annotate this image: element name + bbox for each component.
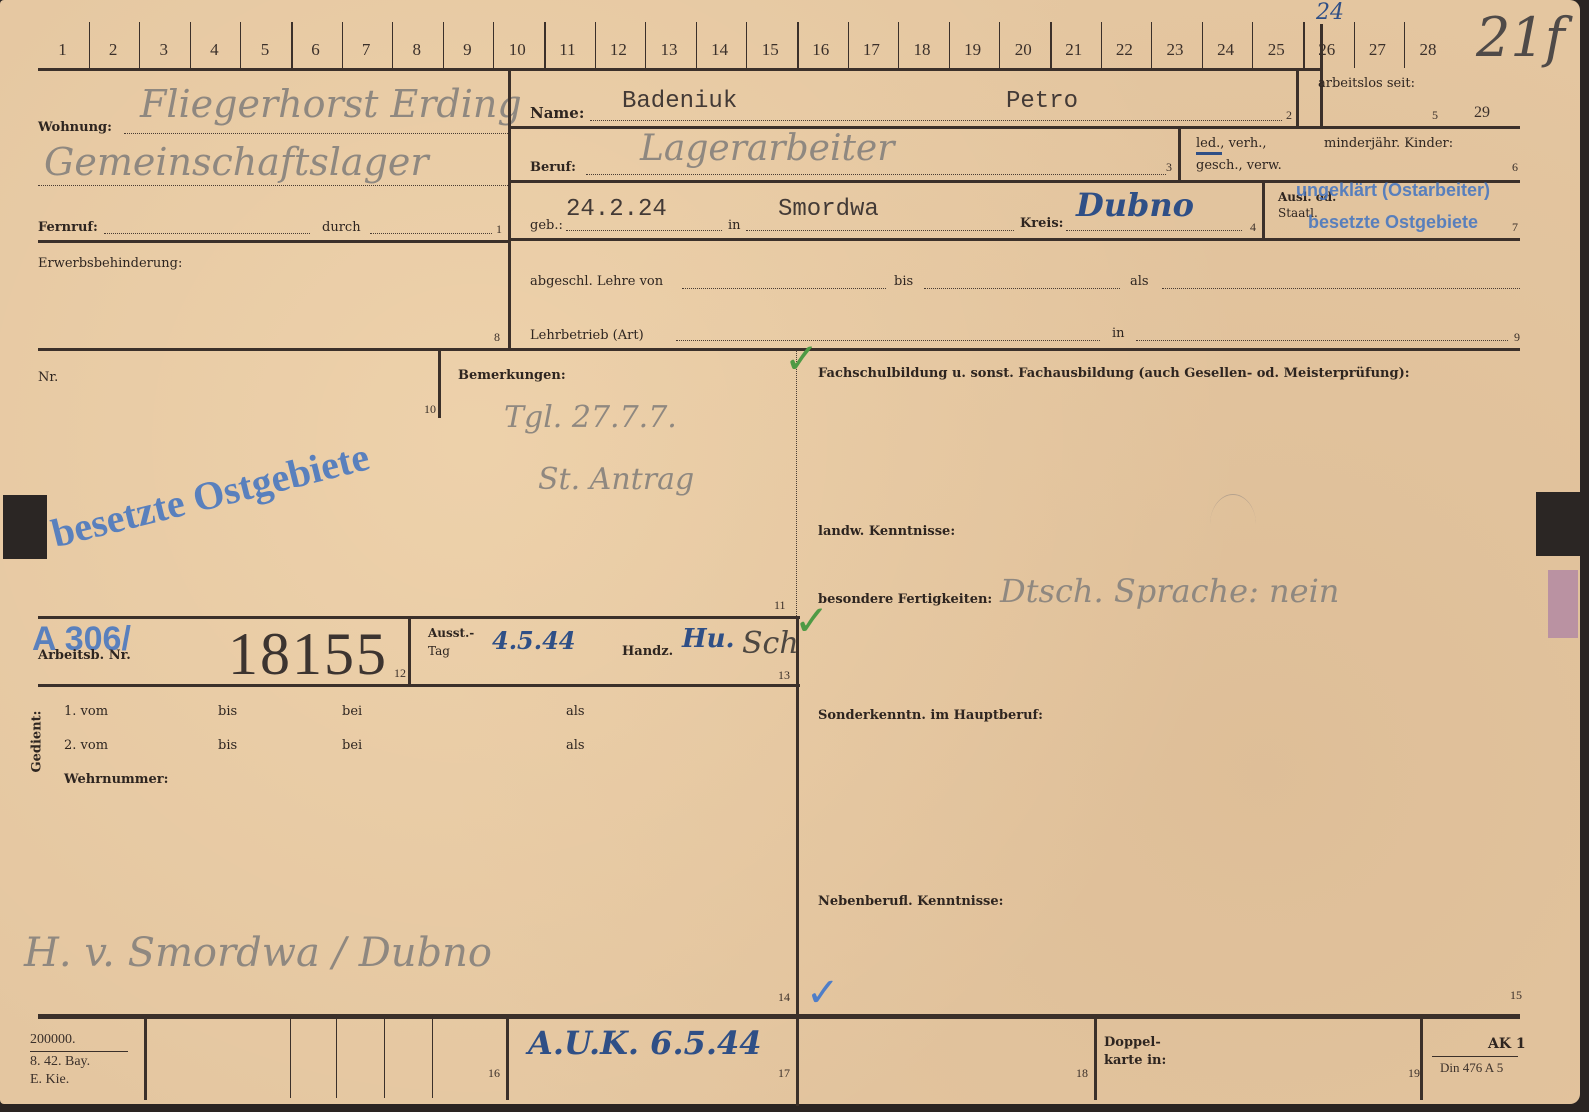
index-card: 24 21f Wohnung: Fliegerhorst Erding Geme…	[0, 0, 1580, 1104]
ausst-label-2: Tag	[428, 644, 450, 658]
column-number-19: 19	[964, 40, 981, 60]
staatl-stamp-2: besetzte Ostgebiete	[1308, 212, 1478, 233]
bemerkungen-line2[interactable]: St. Antrag	[538, 462, 694, 497]
column-number-22: 22	[1116, 40, 1133, 60]
column-number-9: 9	[463, 40, 472, 60]
ausst-date[interactable]: 4.5.44	[492, 626, 576, 655]
birth-date[interactable]: 24.2.24	[566, 196, 667, 223]
column-number-20: 20	[1015, 40, 1032, 60]
wehrnummer-label: Wehrnummer:	[64, 772, 168, 787]
arbeitsbuch-number[interactable]: 18155	[228, 620, 388, 689]
column-number-18: 18	[914, 40, 931, 60]
arbeitslos-label: arbeitslos seit:	[1318, 76, 1415, 91]
fertigkeiten-value[interactable]: Dtsch. Sprache: nein	[1000, 572, 1339, 610]
lehrbetrieb-in-label: in	[1112, 326, 1125, 341]
landw-label: landw. Kenntnisse:	[818, 524, 955, 539]
check-mark-icon: ✓	[806, 970, 840, 1016]
din-label: Din 476 A 5	[1440, 1060, 1503, 1076]
sonderkenntn-label: Sonderkenntn. im Hauptberuf:	[818, 708, 1043, 723]
auk-entry[interactable]: A.U.K. 6.5.44	[528, 1024, 762, 1062]
herkunft-note[interactable]: H. v. Smordwa / Dubno	[24, 930, 492, 976]
erwerbsbehinderung-label: Erwerbsbehinderung:	[38, 256, 182, 271]
kreis-value[interactable]: Dubno	[1076, 186, 1194, 224]
lehrbetrieb-label: Lehrbetrieb (Art)	[530, 328, 644, 343]
gedient-row2-label-3: als	[566, 738, 585, 753]
column-number-12: 12	[610, 40, 627, 60]
doppelkarte-label: Doppel- karte in:	[1104, 1034, 1166, 1070]
column-number-6: 6	[311, 40, 320, 60]
fachschul-label: Fachschulbildung u. sonst. Fachausbildun…	[818, 366, 1410, 381]
column-number-14: 14	[711, 40, 728, 60]
beruf-value[interactable]: Lagerarbeiter	[640, 128, 894, 169]
familienstand-line2: gesch., verw.	[1196, 158, 1282, 173]
lehre-als-label: als	[1130, 274, 1149, 289]
section-divider-dotted	[796, 350, 797, 616]
ausst-label-1: Ausst.-	[428, 626, 474, 640]
gedient-row2-label-0: 2. vom	[64, 738, 108, 753]
surname-value[interactable]: Badeniuk	[622, 88, 737, 115]
punch-mark-left	[3, 495, 47, 559]
column-number-21: 21	[1065, 40, 1082, 60]
column-number-24: 24	[1217, 40, 1234, 60]
column-number-1: 1	[58, 40, 67, 60]
kreis-label: Kreis:	[1020, 216, 1063, 231]
wohnung-line1[interactable]: Fliegerhorst Erding	[140, 82, 522, 126]
column-number-23: 23	[1167, 40, 1184, 60]
column-number-8: 8	[413, 40, 422, 60]
familienstand-line1: led., verh.,	[1196, 136, 1266, 151]
column-number-15: 15	[762, 40, 779, 60]
print-line3: E. Kie.	[30, 1072, 69, 1088]
geb-label: geb.:	[530, 218, 563, 233]
beruf-label: Beruf:	[530, 160, 576, 175]
staatl-stamp-1: ungeklärt (Ostarbeiter)	[1296, 180, 1490, 201]
column-number-7: 7	[362, 40, 371, 60]
birth-place[interactable]: Smordwa	[778, 196, 879, 223]
nr-label: Nr.	[38, 370, 58, 385]
punch-mark-right	[1536, 492, 1580, 556]
nebenberuf-label: Nebenberufl. Kenntnisse:	[818, 894, 1003, 909]
given-name-value[interactable]: Petro	[1006, 88, 1078, 115]
fernruf-label: Fernruf:	[38, 220, 98, 235]
signature: Sch	[742, 626, 799, 661]
print-line2: 8. 42. Bay.	[30, 1054, 90, 1070]
print-run: 200000.	[30, 1032, 76, 1048]
lehre-label: abgeschl. Lehre von	[530, 274, 663, 289]
familienstand-marked	[1196, 152, 1222, 155]
column-number-2: 2	[109, 40, 118, 60]
column-number-5: 5	[261, 40, 270, 60]
column-note: 24	[1316, 0, 1344, 25]
bemerkungen-label: Bemerkungen:	[458, 368, 566, 383]
column-number-25: 25	[1268, 40, 1285, 60]
gedient-row1-label-3: als	[566, 704, 585, 719]
arbeitsbuch-label: Arbeitsb. Nr.	[38, 648, 131, 663]
gedient-row1-label-0: 1. vom	[64, 704, 108, 719]
bemerkungen-line1[interactable]: Tgl. 27.7.7.	[504, 400, 677, 435]
check-mark-icon: ✓	[794, 596, 829, 645]
column-number-27: 27	[1369, 40, 1386, 60]
gedient-row1-label-2: bei	[342, 704, 362, 719]
name-label: Name:	[530, 104, 584, 122]
handz-value[interactable]: Hu.	[682, 624, 735, 654]
gedient-label: Gedient:	[29, 711, 44, 773]
lehre-bis-label: bis	[894, 274, 913, 289]
kinder-label: minderjähr. Kinder:	[1324, 136, 1453, 151]
column-number-4: 4	[210, 40, 219, 60]
fertigkeiten-label: besondere Fertigkeiten:	[818, 592, 992, 607]
durch-label: durch	[322, 220, 361, 235]
wohnung-line2[interactable]: Gemeinschaftslager	[44, 140, 429, 184]
column-number-11: 11	[559, 40, 575, 60]
handz-label: Handz.	[622, 644, 673, 659]
column-number-26: 26	[1318, 40, 1335, 60]
purple-stamp-trace	[1548, 570, 1578, 638]
gedient-row1-label-1: bis	[218, 704, 237, 719]
corner-code: 21f	[1476, 6, 1565, 69]
form-id: AK 1	[1488, 1036, 1526, 1052]
wohnung-label: Wohnung:	[38, 120, 112, 135]
check-mark-icon: ✓	[784, 334, 819, 383]
column-number-28: 28	[1420, 40, 1437, 60]
postmark-faint	[1210, 494, 1256, 555]
column-number-13: 13	[661, 40, 678, 60]
column-number-3: 3	[160, 40, 169, 60]
gedient-row2-label-2: bei	[342, 738, 362, 753]
column-number-16: 16	[812, 40, 829, 60]
column-number-10: 10	[509, 40, 526, 60]
gedient-row2-label-1: bis	[218, 738, 237, 753]
in-label: in	[728, 218, 741, 233]
column-number-17: 17	[863, 40, 880, 60]
occupied-territories-stamp: besetzte Ostgebiete	[47, 433, 374, 557]
